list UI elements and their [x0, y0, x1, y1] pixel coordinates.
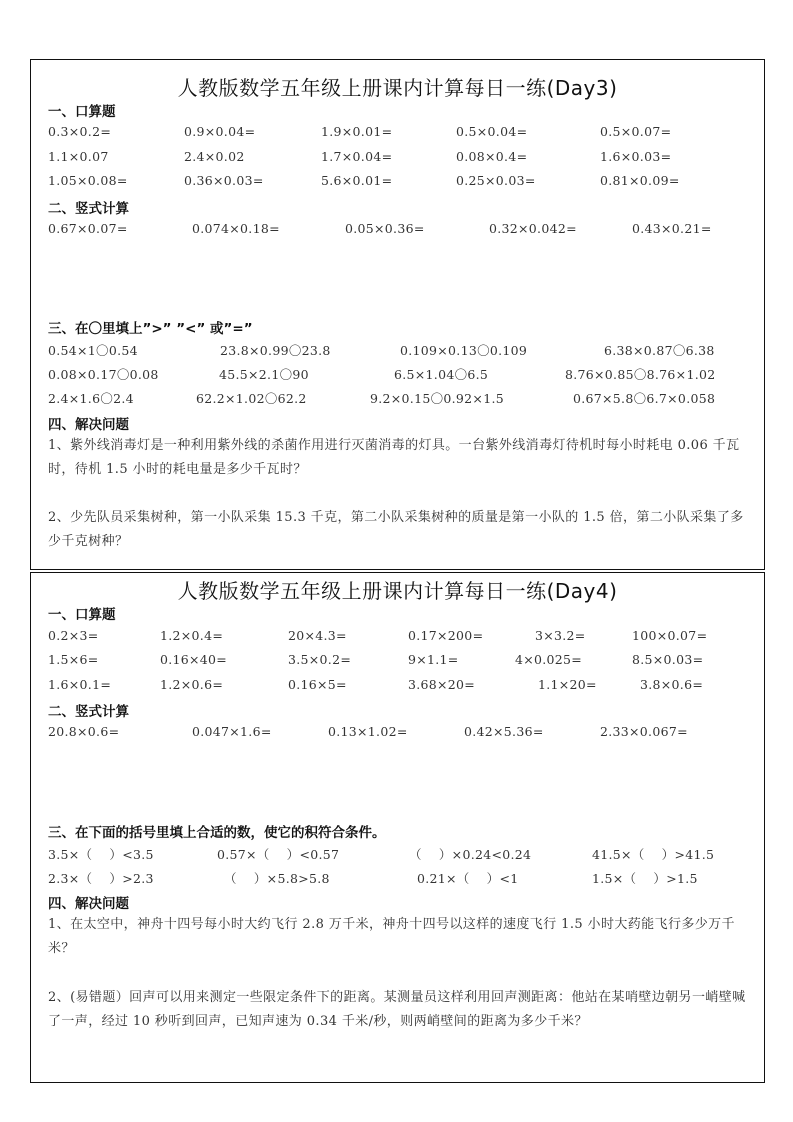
section-heading-vertical: 二、竖式计算	[48, 197, 129, 217]
oral-item: 1.1×0.07	[48, 149, 109, 164]
section-heading-problems: 四、解决问题	[48, 892, 129, 912]
compare-item: 6.5×1.04〇6.5	[394, 365, 488, 383]
oral-item: 3.68×20=	[408, 677, 475, 692]
oral-item: 0.5×0.04=	[456, 124, 527, 139]
oral-item: 0.16×5=	[288, 677, 347, 692]
fill-item: （ ）×5.8>5.8	[224, 869, 330, 887]
oral-item: 100×0.07=	[632, 628, 707, 643]
fill-item: 2.3×（ ）>2.3	[48, 869, 154, 887]
vertical-item: 0.074×0.18=	[192, 221, 280, 236]
oral-item: 0.81×0.09=	[600, 173, 680, 188]
oral-item: 1.5×6=	[48, 652, 99, 667]
word-problem: 1、在太空中，神舟十四号每小时大约飞行 2.8 万千米，神舟十四号以这样的速度飞…	[48, 913, 748, 960]
compare-item: 0.67×5.8〇6.7×0.058	[573, 389, 715, 407]
word-problem: 2、少先队员采集树种，第一小队采集 15.3 千克，第二小队采集树种的质量是第一…	[48, 506, 748, 553]
vertical-item: 0.047×1.6=	[192, 724, 272, 739]
vertical-item: 0.05×0.36=	[345, 221, 425, 236]
compare-item: 9.2×0.15〇0.92×1.5	[370, 389, 504, 407]
section-heading-vertical: 二、竖式计算	[48, 700, 129, 720]
vertical-item: 0.67×0.07=	[48, 221, 128, 236]
compare-item: 45.5×2.1〇90	[219, 365, 309, 383]
oral-item: 4×0.025=	[515, 652, 582, 667]
oral-item: 0.5×0.07=	[600, 124, 671, 139]
oral-item: 1.7×0.04=	[321, 149, 392, 164]
oral-item: 3.8×0.6=	[640, 677, 703, 692]
oral-item: 1.9×0.01=	[321, 124, 392, 139]
word-problem: 2、(易错题）回声可以用来测定一些限定条件下的距离。某测量员这样利用回声测距离：…	[48, 986, 748, 1033]
oral-item: 1.6×0.03=	[600, 149, 671, 164]
oral-item: 8.5×0.03=	[632, 652, 703, 667]
oral-item: 0.36×0.03=	[184, 173, 264, 188]
worksheet-day4: 人教版数学五年级上册课内计算每日一练(Day4) 一、口算题 0.2×3= 1.…	[30, 572, 765, 1083]
compare-item: 0.08×0.17〇0.08	[48, 365, 159, 383]
compare-item: 2.4×1.6〇2.4	[48, 389, 134, 407]
compare-item: 62.2×1.02〇62.2	[196, 389, 307, 407]
fill-item: （ ）×0.24<0.24	[409, 845, 531, 863]
oral-item: 3.5×0.2=	[288, 652, 351, 667]
oral-item: 1.2×0.4=	[160, 628, 223, 643]
fill-item: 1.5×（ ）>1.5	[592, 869, 698, 887]
fill-item: 0.21×（ ）<1	[417, 869, 519, 887]
section-heading-problems: 四、解决问题	[48, 413, 129, 433]
oral-item: 0.2×3=	[48, 628, 99, 643]
vertical-item: 0.43×0.21=	[632, 221, 712, 236]
oral-item: 0.25×0.03=	[456, 173, 536, 188]
fill-item: 3.5×（ ）<3.5	[48, 845, 154, 863]
oral-item: 9×1.1=	[408, 652, 459, 667]
oral-item: 0.9×0.04=	[184, 124, 255, 139]
worksheet-title: 人教版数学五年级上册课内计算每日一练(Day4)	[31, 575, 764, 604]
oral-item: 20×4.3=	[288, 628, 347, 643]
oral-item: 1.2×0.6=	[160, 677, 223, 692]
word-problem: 1、紫外线消毒灯是一种利用紫外线的杀菌作用进行灭菌消毒的灯具。一台紫外线消毒灯待…	[48, 434, 748, 481]
compare-item: 0.54×1〇0.54	[48, 341, 138, 359]
oral-item: 0.08×0.4=	[456, 149, 527, 164]
fill-item: 41.5×（ ）>41.5	[592, 845, 714, 863]
worksheet-day3: 人教版数学五年级上册课内计算每日一练(Day3) 一、口算题 0.3×0.2= …	[30, 59, 765, 570]
worksheet-title: 人教版数学五年级上册课内计算每日一练(Day3)	[31, 72, 764, 101]
oral-item: 0.17×200=	[408, 628, 483, 643]
oral-item: 5.6×0.01=	[321, 173, 392, 188]
oral-item: 1.1×20=	[538, 677, 597, 692]
vertical-item: 20.8×0.6=	[48, 724, 119, 739]
oral-item: 0.16×40=	[160, 652, 227, 667]
section-heading-oral: 一、口算题	[48, 603, 116, 623]
compare-item: 0.109×0.13〇0.109	[400, 341, 527, 359]
compare-item: 8.76×0.85〇8.76×1.02	[565, 365, 715, 383]
oral-item: 0.3×0.2=	[48, 124, 111, 139]
vertical-item: 2.33×0.067=	[600, 724, 688, 739]
compare-item: 23.8×0.99〇23.8	[220, 341, 331, 359]
oral-item: 2.4×0.02	[184, 149, 245, 164]
oral-item: 1.05×0.08=	[48, 173, 128, 188]
vertical-item: 0.42×5.36=	[464, 724, 544, 739]
compare-item: 6.38×0.87〇6.38	[604, 341, 715, 359]
fill-item: 0.57×（ ）<0.57	[217, 845, 339, 863]
section-heading-compare: 三、在〇里填上”>” ”<” 或”=”	[48, 317, 253, 337]
oral-item: 1.6×0.1=	[48, 677, 111, 692]
section-heading-oral: 一、口算题	[48, 100, 116, 120]
oral-item: 3×3.2=	[535, 628, 586, 643]
section-heading-fill: 三、在下面的括号里填上合适的数，使它的积符合条件。	[48, 821, 386, 841]
vertical-item: 0.32×0.042=	[489, 221, 577, 236]
vertical-item: 0.13×1.02=	[328, 724, 408, 739]
